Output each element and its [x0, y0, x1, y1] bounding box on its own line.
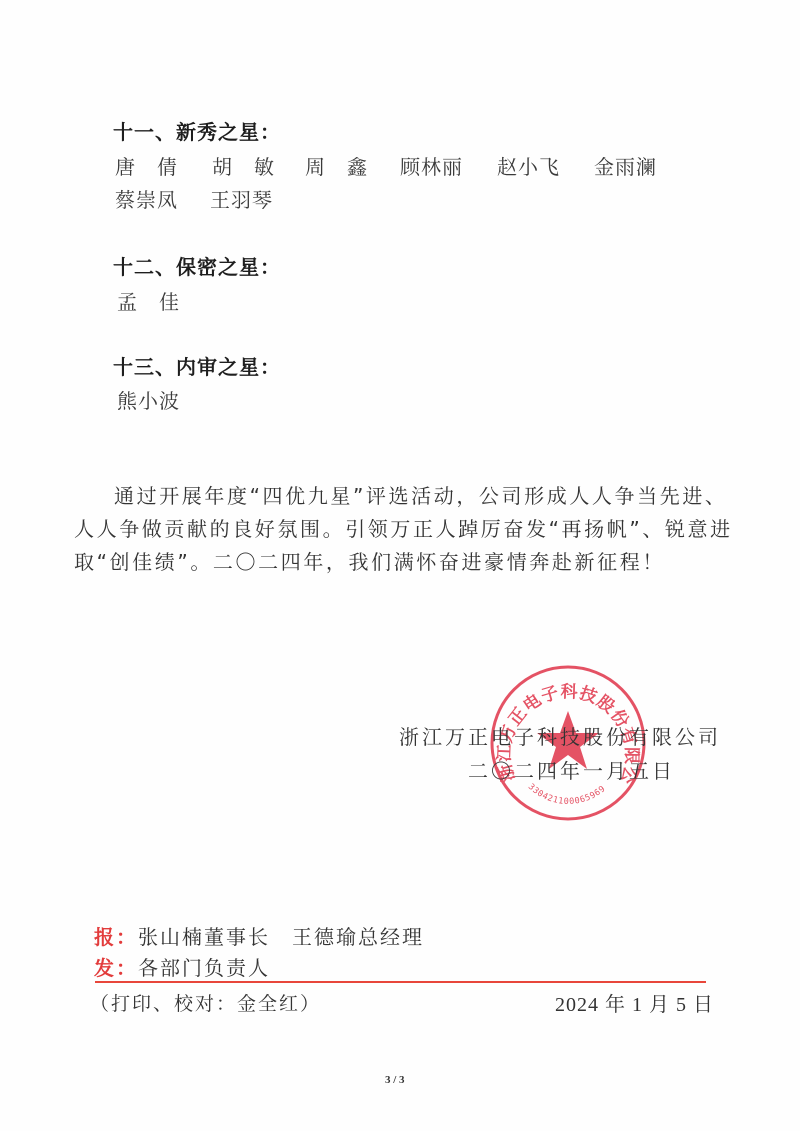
awardee-name: 孟 佳: [117, 286, 180, 315]
send-to-row: 发：各部门负责人: [94, 952, 270, 981]
send-label: 发：: [94, 956, 138, 980]
awardee-name: 唐 倩: [115, 151, 178, 180]
section-heading-rookie-star: 十一、新秀之星：: [113, 116, 281, 145]
awardee-name: 赵小飞: [497, 151, 560, 180]
report-recipients: 张山楠董事长 王德瑜总经理: [138, 925, 424, 949]
section-heading-internal-audit-star: 十三、内审之星：: [113, 351, 281, 380]
send-recipients: 各部门负责人: [138, 956, 270, 980]
red-divider-rule: [95, 981, 706, 983]
signature-date: 二〇二四年一月五日: [468, 755, 675, 784]
signature-company: 浙江万正电子科技股份有限公司: [399, 721, 721, 750]
awardee-name: 胡 敏: [212, 151, 275, 180]
awardee-name: 金雨澜: [594, 151, 657, 180]
report-to-row: 报：张山楠董事长 王德瑜总经理: [94, 921, 424, 950]
report-label: 报：: [94, 925, 138, 949]
svg-text:330421100065969: 330421100065969: [526, 782, 608, 807]
page-number: 3 / 3: [385, 1074, 405, 1086]
awardee-name: 顾林丽: [400, 151, 463, 180]
section-heading-confidentiality-star: 十二、保密之星：: [113, 251, 281, 280]
paragraph-line: 取“创佳绩”。二〇二四年，我们满怀奋进豪情奔赴新征程！: [74, 546, 665, 579]
document-page: 十一、新秀之星： 唐 倩 胡 敏 周 鑫 顾林丽 赵小飞 金雨澜 蔡崇凤 王羽琴…: [0, 0, 800, 1131]
seal-code-text: 330421100065969: [526, 782, 608, 807]
paragraph-line: 人人争做贡献的良好氛围。引领万正人踔厉奋发“再扬帆”、锐意进: [74, 513, 733, 546]
awardee-name: 周 鑫: [305, 151, 368, 180]
paragraph-line: 通过开展年度“四优九星”评选活动，公司形成人人争当先进、: [114, 480, 728, 513]
issue-date: 2024 年 1 月 5 日: [555, 988, 714, 1017]
awardee-name: 王羽琴: [210, 184, 273, 213]
proofreader-note: （打印、校对：金全红）: [90, 989, 321, 1016]
awardee-name: 熊小波: [117, 385, 180, 414]
awardee-name: 蔡崇凤: [115, 184, 178, 213]
